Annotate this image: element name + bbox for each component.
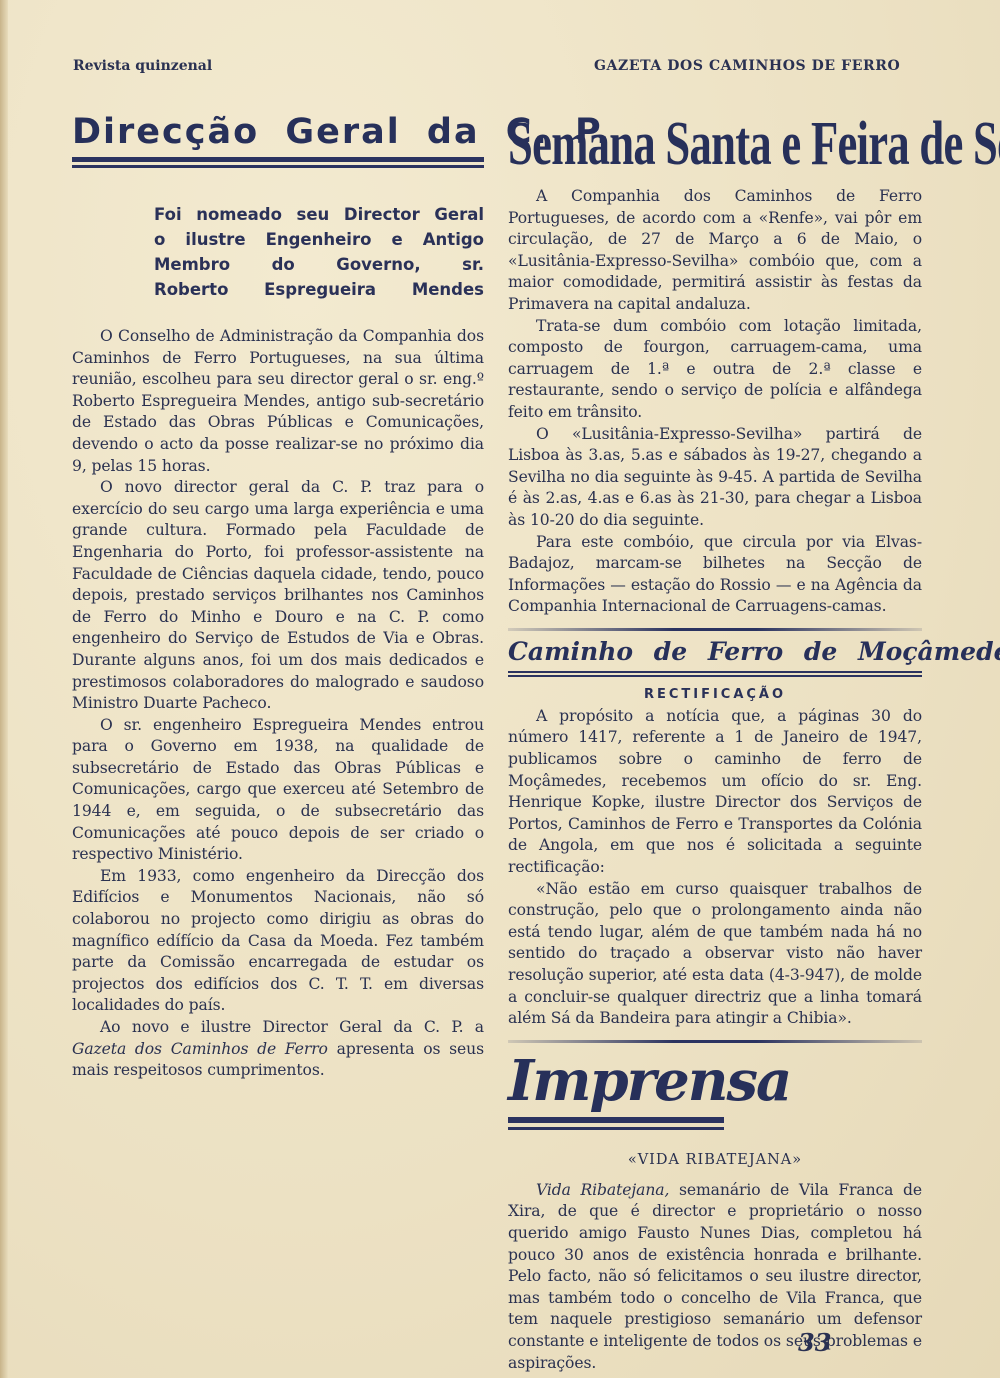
paragraph: O novo director geral da C. P. traz para… <box>72 477 484 715</box>
subhead-line: Roberto Espregueira Mendes <box>154 277 484 302</box>
semana-body: A Companhia dos Caminhos de Ferro Portug… <box>508 186 922 618</box>
publication-name: Vida Ribatejana, <box>536 1181 669 1199</box>
imprensa-title-rule <box>508 1117 724 1130</box>
mocamedes-title-rule <box>508 671 922 677</box>
right-column: Semana Santa e Feira de Sevilha A Compan… <box>508 110 922 1374</box>
subhead-line: Membro do Governo, sr. <box>154 252 484 277</box>
paragraph: Trata-se dum combóio com lotação limitad… <box>508 316 922 424</box>
direccao-title: Direcção Geral da C. P. <box>72 110 484 154</box>
direccao-body: O Conselho de Administração da Companhia… <box>72 326 484 1082</box>
paragraph: A propósito a notícia que, a páginas 30 … <box>508 706 922 879</box>
publication-name: Gazeta dos Caminhos de Ferro <box>72 1040 328 1058</box>
paragraph: A Companhia dos Caminhos de Ferro Portug… <box>508 186 922 316</box>
subhead-line: Foi nomeado seu Director Geral <box>154 202 484 227</box>
rectificacao-subtitle: RECTIFICAÇÃO <box>508 687 922 702</box>
page-number: 33 <box>798 1328 831 1357</box>
closing-text: Ao novo e ilustre Director Geral da C. P… <box>100 1018 484 1036</box>
direccao-subhead: Foi nomeado seu Director Geral o ilustre… <box>154 202 484 302</box>
running-header-left: Revista quinzenal <box>73 58 212 74</box>
section-divider <box>508 628 922 631</box>
left-column: Direcção Geral da C. P. Foi nomeado seu … <box>72 110 484 1082</box>
paragraph: Para este combóio, que circula por via E… <box>508 532 922 618</box>
closing-paragraph: Ao novo e ilustre Director Geral da C. P… <box>72 1017 484 1082</box>
paragraph: O sr. engenheiro Espregueira Mendes entr… <box>72 715 484 866</box>
paragraph: Em 1933, como engenheiro da Direcção dos… <box>72 866 484 1017</box>
mocamedes-title: Caminho de Ferro de Moçâmedes <box>508 635 922 669</box>
title-rule-thick <box>72 157 484 162</box>
running-header-right: GAZETA DOS CAMINHOS DE FERRO <box>594 58 900 74</box>
title-rule-thin <box>72 165 484 168</box>
paragraph: O «Lusitânia-Expresso-Sevilha» partirá d… <box>508 424 922 532</box>
paragraph: Vida Ribatejana, semanário de Vila Franc… <box>508 1180 922 1374</box>
paragraph: O Conselho de Administração da Companhia… <box>72 326 484 477</box>
subhead-line: o ilustre Engenheiro e Antigo <box>154 227 484 252</box>
imprensa-title: Imprensa <box>508 1049 922 1113</box>
page-spine-edge <box>0 0 8 1378</box>
semana-title: Semana Santa e Feira de Sevilha <box>508 110 806 178</box>
paragraph: «Não estão em curso quaisquer trabalhos … <box>508 879 922 1030</box>
vida-ribatejana-subtitle: «VIDA RIBATEJANA» <box>508 1152 922 1168</box>
paragraph-text: semanário de Vila Franca de Xira, de que… <box>508 1181 922 1372</box>
section-divider <box>508 1040 922 1043</box>
